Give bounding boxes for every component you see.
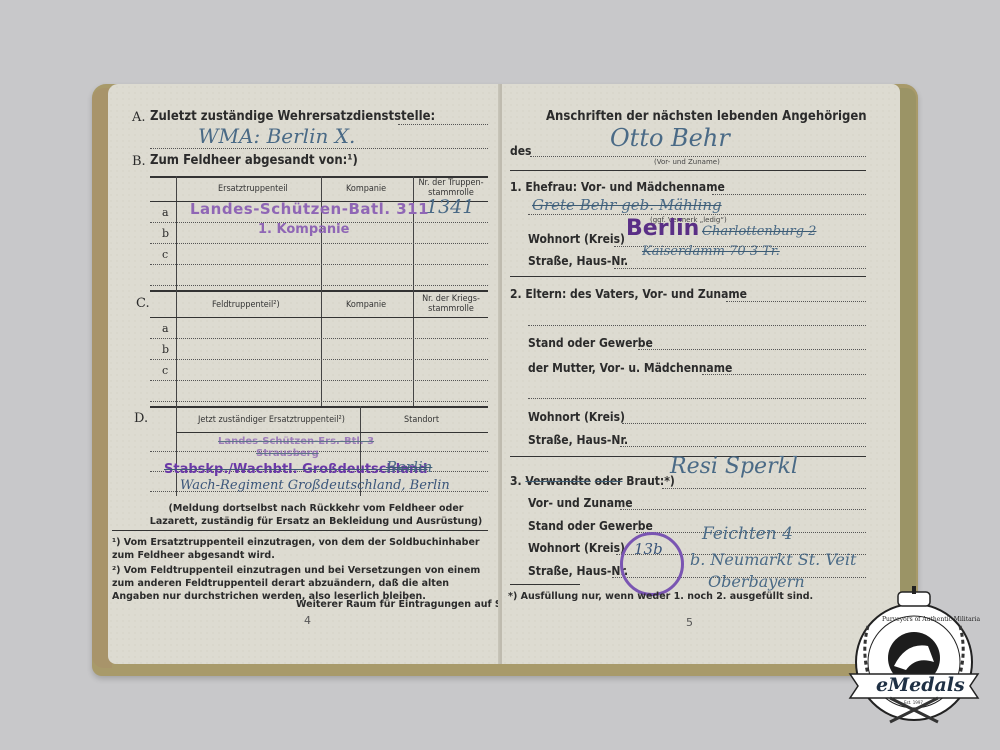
dotted-line xyxy=(702,374,866,375)
strasse-label: Straße, Haus-Nr. xyxy=(528,433,628,447)
stand-label: Stand oder Gewerbe xyxy=(528,336,653,350)
column-header: Standort xyxy=(404,415,439,425)
vorname-label: Vor- und Zuname xyxy=(528,496,633,510)
dotted-line xyxy=(150,338,488,339)
dotted-line xyxy=(398,124,488,125)
unit-stamp: Landes-Schützen-Batl. 311 xyxy=(190,200,429,218)
row-label: c xyxy=(162,364,168,377)
column-header: Kompanie xyxy=(346,184,386,194)
section-b-label: Zum Feldheer abgesandt von:¹) xyxy=(150,153,358,168)
footnote-1: ¹) Vom Ersatztruppenteil einzutragen, vo… xyxy=(112,536,488,562)
berlin-stamp: Berlin xyxy=(626,216,699,241)
dotted-line xyxy=(150,359,488,360)
dotted-line xyxy=(638,349,866,350)
table-column-divider xyxy=(176,176,177,290)
section-c-marker: C. xyxy=(136,296,150,311)
table-rule xyxy=(150,317,488,318)
section-1-label: 1. Ehefrau: Vor- und Mädchenname xyxy=(510,180,725,194)
dotted-line xyxy=(150,264,488,265)
soldier-name-entry: Otto Behr xyxy=(610,124,730,152)
column-header: Nr. der Kriegs-stammrolle xyxy=(418,294,484,314)
address-line-1: Feichten 4 xyxy=(702,524,793,544)
section-a-entry: WMA: Berlin X. xyxy=(198,124,355,148)
column-header: Ersatztruppenteil xyxy=(218,184,288,194)
stammrolle-number: 1341 xyxy=(426,196,474,218)
dotted-line xyxy=(150,401,488,402)
dotted-line xyxy=(150,243,488,244)
emedals-badge-icon xyxy=(846,586,982,726)
page-title: Anschriften der nächsten lebenden Angehö… xyxy=(546,109,867,124)
stand-label: Stand oder Gewerbe xyxy=(528,519,653,533)
strasse-label: Straße, Haus-Nr. xyxy=(528,564,628,578)
wohnort-label: Wohnort (Kreis) xyxy=(528,410,625,424)
company-stamp: 1. Kompanie xyxy=(258,222,349,237)
column-header: Nr. der Truppen-stammrolle xyxy=(418,178,484,198)
section-2-label: 2. Eltern: des Vaters, Vor- und Zuname xyxy=(510,287,747,301)
row-label: c xyxy=(162,248,168,261)
row-label: b xyxy=(162,227,169,240)
struck-word: oder xyxy=(595,474,623,488)
page-number: 4 xyxy=(304,614,311,627)
struck-district: Charlottenburg 2 xyxy=(702,224,816,239)
dotted-line xyxy=(528,214,866,215)
left-page: A. Zuletzt zuständige Wehrersatzdienstst… xyxy=(108,84,500,664)
dotted-line xyxy=(614,268,866,269)
section-a-marker: A. xyxy=(132,110,146,125)
page-number: 5 xyxy=(686,616,693,629)
emedals-logo: eMedals Purveyors of Authentic Militaria… xyxy=(846,586,982,726)
section-d-note: (Meldung dortselbst nach Rückkehr vom Fe… xyxy=(146,502,486,528)
section-a-label: Zuletzt zuständige Wehrersatzdienststell… xyxy=(150,109,435,124)
dotted-line xyxy=(528,325,866,326)
section-3-footnote: *) Ausfüllung nur, wenn weder 1. noch 2.… xyxy=(508,590,813,603)
wohnort-label: Wohnort (Kreis) xyxy=(528,232,625,246)
strasse-label: Straße, Haus-Nr. xyxy=(528,254,628,268)
section-rule xyxy=(510,276,866,277)
name-caption: (Vor- und Zuname) xyxy=(654,158,720,166)
row-label: a xyxy=(162,206,169,219)
struck-spouse-name: Grete Behr geb. Mähling xyxy=(532,196,722,214)
dotted-line xyxy=(150,380,488,381)
table-column-divider xyxy=(413,176,414,290)
table-column-divider xyxy=(176,290,177,406)
dotted-line xyxy=(620,509,866,510)
dotted-line xyxy=(150,285,488,286)
dotted-line xyxy=(662,488,866,489)
dotted-line xyxy=(528,398,866,399)
column-header: Feldtruppenteil²) xyxy=(212,300,280,310)
dotted-line xyxy=(620,446,866,447)
mutter-label: der Mutter, Vor- u. Mädchenname xyxy=(528,361,732,375)
footnote-rule xyxy=(510,584,580,585)
table-column-divider xyxy=(321,290,322,406)
handwritten-unit-entry: Wach-Regiment Großdeutschland, Berlin xyxy=(180,478,450,493)
table-rule xyxy=(176,432,488,433)
emedals-brand: eMedals xyxy=(876,674,965,696)
dotted-line xyxy=(150,148,488,149)
dotted-line xyxy=(530,156,866,157)
dotted-line xyxy=(712,194,866,195)
fiancee-name-entry: Resi Sperkl xyxy=(670,454,798,479)
struck-word: Verwandte xyxy=(525,474,591,488)
dotted-line xyxy=(622,423,866,424)
column-header: Kompanie xyxy=(346,300,386,310)
braut-label: Braut:*) xyxy=(626,474,675,488)
struck-place-entry: Berlin xyxy=(386,458,432,476)
address-line-3: Oberbayern xyxy=(708,572,805,591)
table-rule xyxy=(150,406,488,408)
section-b-marker: B. xyxy=(132,154,146,169)
struck-location-stamp: Strausberg xyxy=(256,448,319,459)
struck-unit-stamp: Landes-Schützen-Ers.-Btl. 3 xyxy=(218,436,374,447)
section-d-marker: D. xyxy=(134,411,148,426)
emedals-tagline: Purveyors of Authentic Militaria xyxy=(882,616,980,623)
address-line-2: b. Neumarkt St. Veit xyxy=(690,550,856,569)
row-label: b xyxy=(162,343,169,356)
dotted-line xyxy=(726,301,866,302)
wohnort-label: Wohnort (Kreis) xyxy=(528,541,625,555)
section-3-number: 3. xyxy=(510,474,522,488)
table-column-divider xyxy=(413,290,414,406)
column-header: Jetzt zuständiger Ersatztruppenteil²) xyxy=(198,415,345,425)
des-label: des xyxy=(510,144,531,158)
right-page: Anschriften der nächsten lebenden Angehö… xyxy=(502,84,900,664)
struck-street: Kaiserdamm 70 3 Tr. xyxy=(642,244,780,259)
circle-stamp-number: 13b xyxy=(634,540,663,558)
section-rule xyxy=(510,170,866,171)
section-3-label: 3. Verwandte oder Braut:*) xyxy=(510,474,675,488)
footnote-rule xyxy=(112,530,488,531)
emedals-est: Est. 1997 xyxy=(904,700,923,705)
row-label: a xyxy=(162,322,169,335)
table-rule xyxy=(150,290,488,292)
dotted-line xyxy=(150,451,488,452)
